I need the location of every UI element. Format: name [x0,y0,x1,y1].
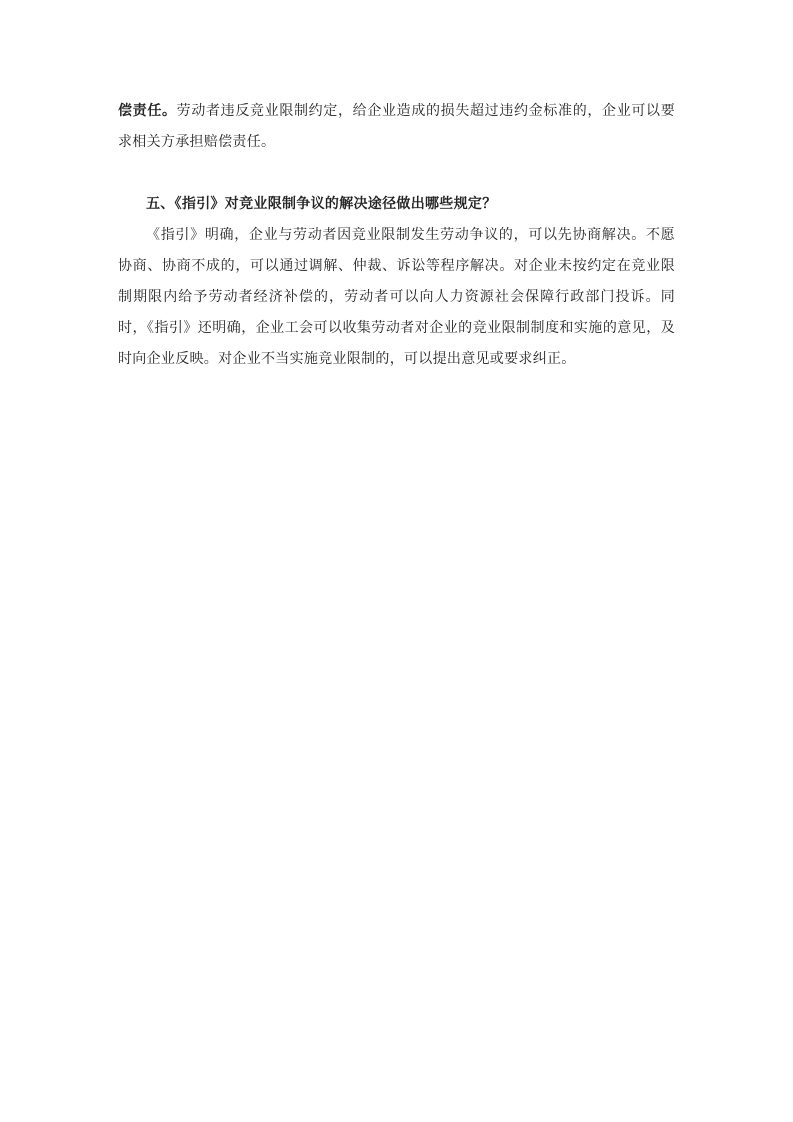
paragraph-bold-lead: 偿责任。 [118,104,177,119]
paragraph-continuation-text: 劳动者违反竞业限制约定，给企业造成的损失超过违约金标准的，企业可以要求相关方承担… [118,104,675,150]
section-paragraph: 《指引》明确，企业与劳动者因竞业限制发生劳动争议的，可以先协商解决。不愿协商、协… [118,220,675,375]
document-page: 偿责任。劳动者违反竞业限制约定，给企业造成的损失超过违约金标准的，企业可以要求相… [0,0,793,1122]
paragraph-continuation: 偿责任。劳动者违反竞业限制约定，给企业造成的损失超过违约金标准的，企业可以要求相… [118,96,675,158]
section-heading: 五、《指引》对竞业限制争议的解决途径做出哪些规定？ [118,189,675,220]
document-body: 偿责任。劳动者违反竞业限制约定，给企业造成的损失超过违约金标准的，企业可以要求相… [118,96,675,375]
